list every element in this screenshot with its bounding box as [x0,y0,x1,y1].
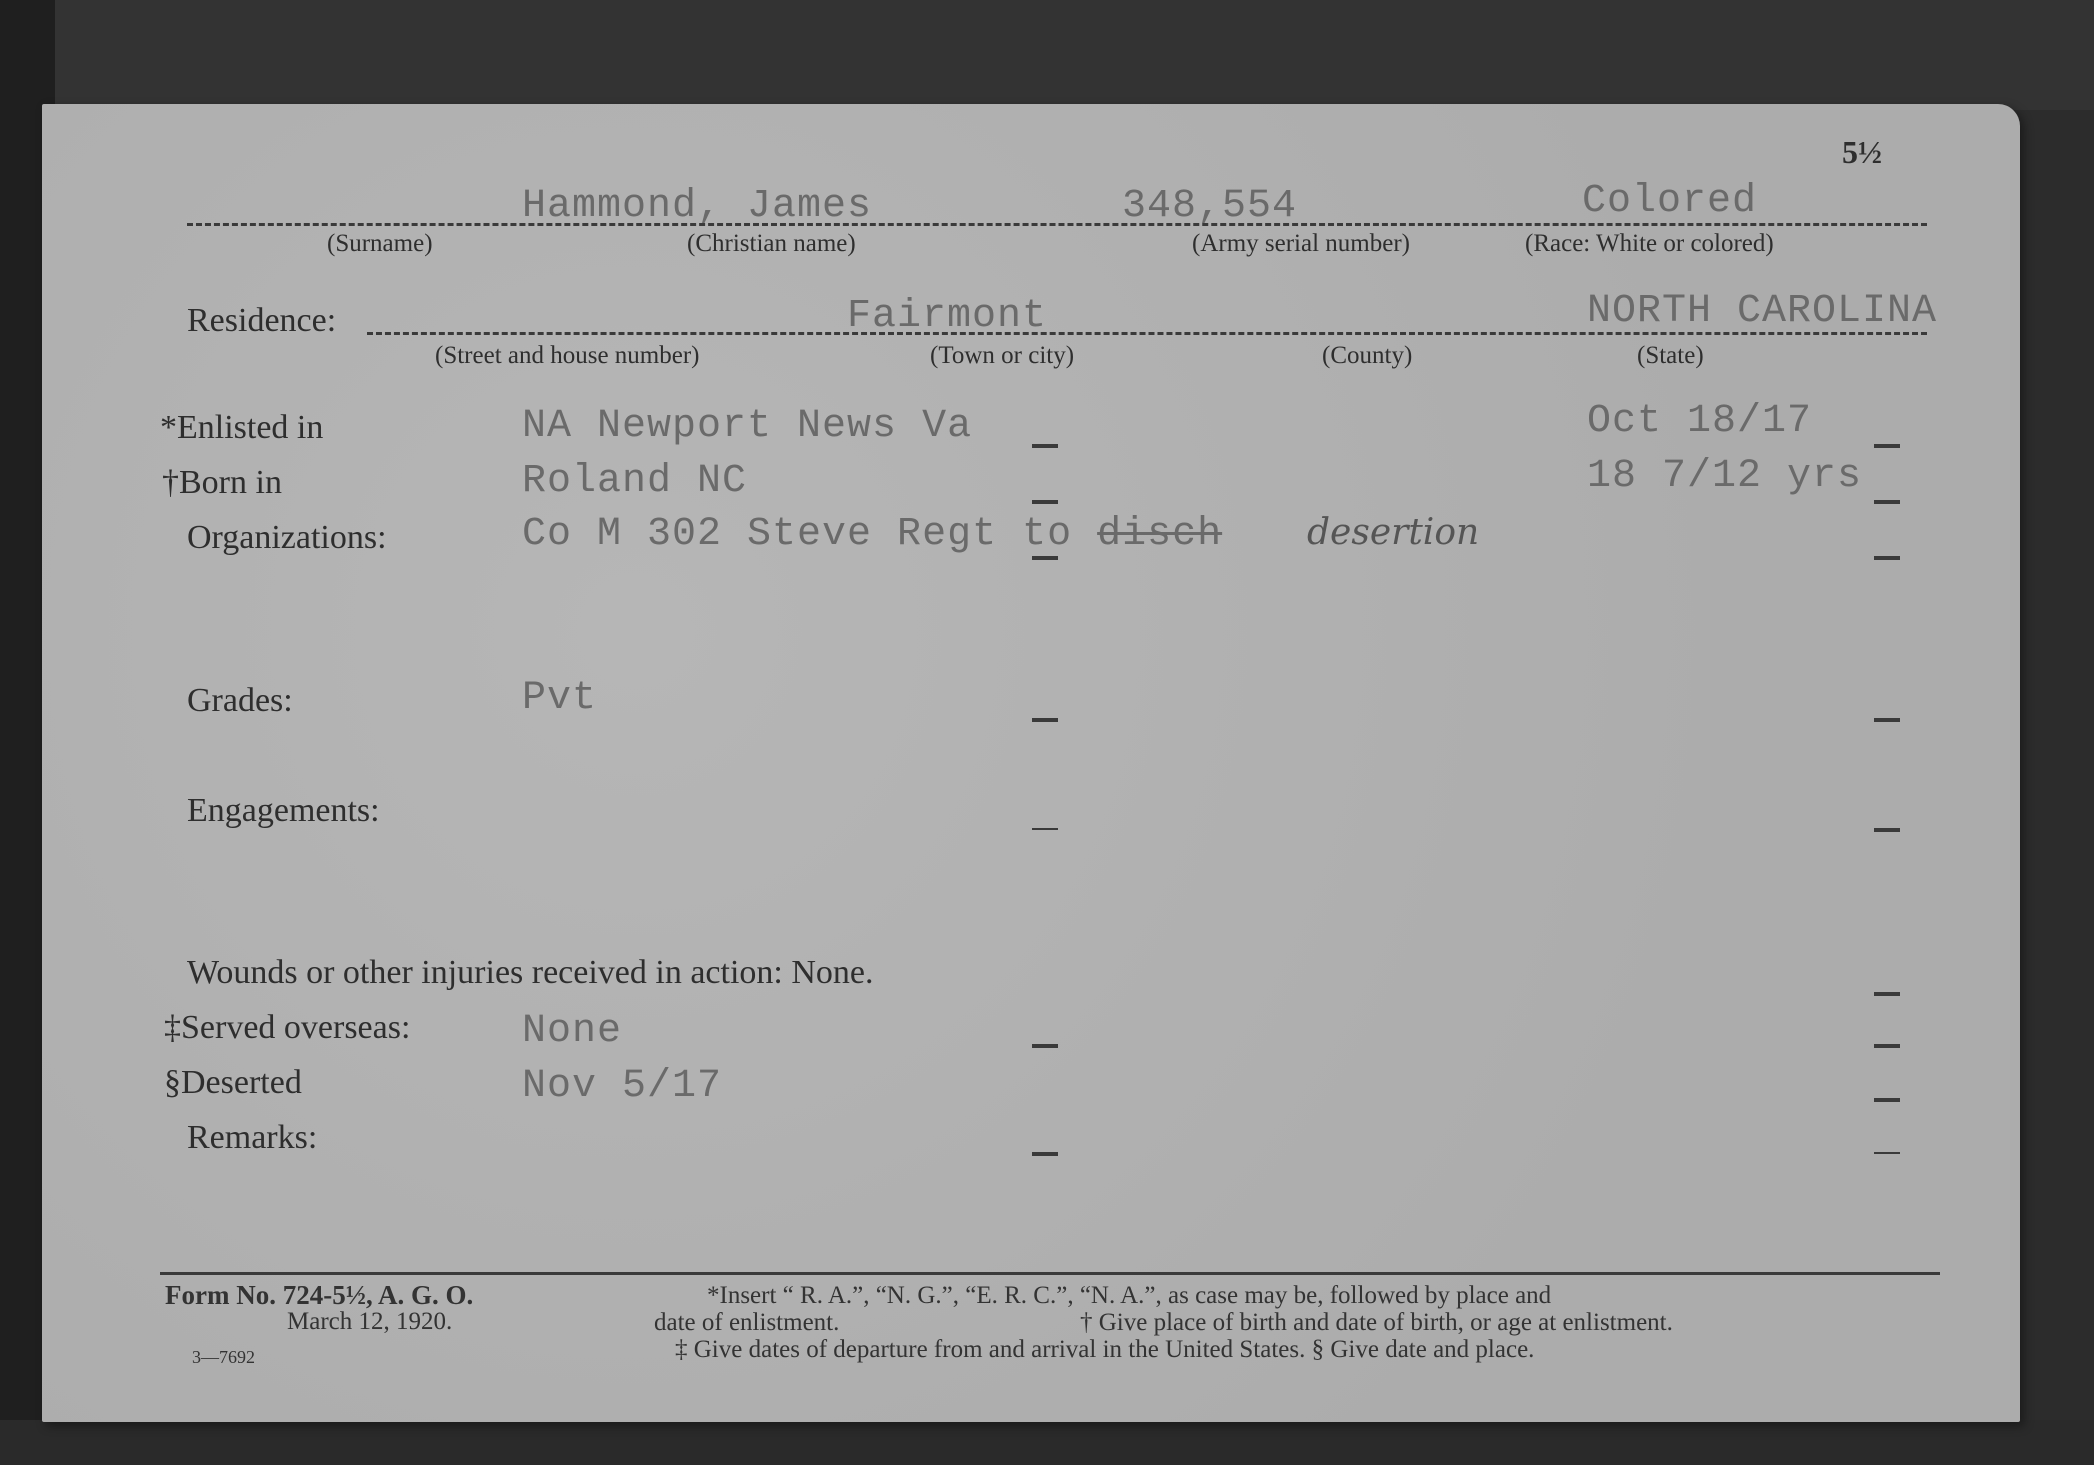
race-label: (Race: White or colored) [1525,230,1774,258]
form-code: 5½ [1842,134,1882,171]
overseas-label: Served overseas: [181,1009,410,1046]
remarks-label: Remarks: [187,1119,317,1157]
born-age: 18 7/12 yrs [1587,454,1862,499]
deserted-mark: § [164,1064,181,1101]
service-record-card: 5½ Hammond, James 348,554 Colored (Surna… [42,104,2020,1422]
footnote-line-3: ‡ Give dates of departure from and arriv… [675,1336,1534,1363]
form-number: Form No. 724-5½, A. G. O. [165,1282,473,1309]
margin-dash [1032,828,1058,830]
margin-dash [1032,556,1058,560]
footnote-line-1: *Insert “ R. A.”, “N. G.”, “E. R. C.”, “… [707,1282,1551,1309]
grades-label: Grades: [187,682,293,720]
margin-dash [1874,718,1900,722]
organizations-value: Co M 302 Steve Regt to [522,512,1072,557]
enlisted-value: NA Newport News Va [522,404,972,449]
scan-background-bottom [0,1420,2094,1465]
scan-background-top [55,0,2094,110]
born-label: Born in [179,464,282,501]
margin-dash [1874,1152,1900,1154]
margin-dash [1032,1044,1058,1048]
margin-dash [1032,500,1058,504]
organizations-label: Organizations: [187,519,387,557]
residence-state: NORTH CAROLINA [1587,289,1937,334]
footnote-line-2a: date of enlistment. [654,1309,839,1336]
margin-dash [1032,718,1058,722]
footnote-line-2b: † Give place of birth and date of birth,… [1080,1309,1673,1336]
deserted-label: Deserted [181,1064,302,1101]
surname-label: (Surname) [327,230,433,258]
overseas-mark: ‡ [164,1009,181,1046]
print-code: 3—7692 [192,1344,255,1371]
residence-town: Fairmont [847,294,1047,339]
margin-dash [1032,1152,1058,1156]
residence-label: Residence: [187,302,336,340]
margin-dash [1874,556,1900,560]
overseas-value: None [522,1009,622,1054]
form-date: March 12, 1920. [287,1308,452,1335]
organizations-handwritten: desertion [1307,512,1479,553]
margin-dash [1874,1098,1900,1102]
serial-label: (Army serial number) [1192,230,1410,258]
county-label: (County) [1322,342,1412,370]
born-value: Roland NC [522,459,747,504]
enlisted-label: Enlisted in [177,409,323,446]
race-value: Colored [1582,179,1757,224]
state-label: (State) [1637,342,1704,370]
street-label: (Street and house number) [435,342,700,370]
serial-value: 348,554 [1122,184,1297,229]
enlisted-mark: * [160,409,177,446]
footer-rule [160,1272,1940,1275]
wounds-value: None. [791,954,873,991]
deserted-value: Nov 5/17 [522,1064,722,1109]
margin-dash [1874,444,1900,448]
enlisted-date: Oct 18/17 [1587,399,1812,444]
margin-dash [1874,1044,1900,1048]
grades-value: Pvt [522,676,597,721]
christian-name-label: (Christian name) [687,230,856,258]
engagements-label: Engagements: [187,792,380,830]
wounds-label: Wounds or other injuries received in act… [187,954,783,991]
margin-dash [1874,500,1900,504]
margin-dash [1032,444,1058,448]
margin-dash [1874,828,1900,832]
born-mark: † [162,464,179,501]
margin-dash [1874,992,1900,996]
organizations-struck-text: disch [1097,512,1222,557]
town-label: (Town or city) [930,342,1074,370]
name-value: Hammond, James [522,184,872,229]
